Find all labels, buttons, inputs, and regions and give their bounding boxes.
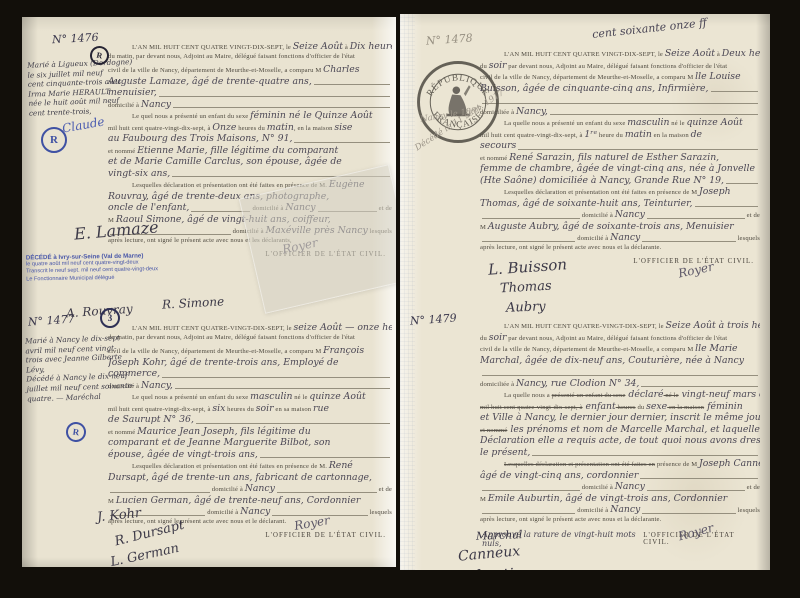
blank-underline [647,210,745,219]
act-text-line: et Ville à Nancy, le dernier jour dernie… [480,412,760,424]
text-segment: M [480,496,488,503]
text-segment: oncle de l'enfant, [108,202,189,213]
act-text-line: Lesquelles déclaration et présentation o… [480,458,760,470]
text-segment: Etienne Marie, fille légitime du compara… [137,145,338,156]
text-segment: mil huit cent quatre-vingt-dix-sept, à [480,404,583,411]
text-segment: et de Marie Camille Carclus, son épouse,… [108,156,342,167]
text-segment: René Sarazin, fils naturel de Esther Sar… [509,152,719,163]
text-segment: Nancy [615,209,645,220]
signature-simone: R. Simone [162,294,225,311]
text-segment: Lesquelles déclaration et présentation o… [504,461,655,468]
act-text-line: civil de la ville de Nancy, département … [108,64,392,76]
blank-underline [482,505,575,514]
act-number-1479: N° 1479 [410,311,457,327]
act-text-line: du soir par devant nous, Adjoint au Mair… [480,60,760,72]
text-segment: né le [670,120,687,127]
act-text-line: La quelle nous a présenté un enfant du s… [480,389,760,401]
text-segment: lle Louise [695,71,740,82]
act-text-line: domicilié à Nancylesquels [108,506,392,518]
act-text-line: et nommé René Sarazin, fils naturel de E… [480,152,760,164]
text-segment: Dursapt, âgé de trente-un ans, fabricant… [108,472,372,483]
blank-underline [726,175,758,184]
act-text-line: Joseph Kohr, âgé de trente-trois ans, Em… [108,357,392,369]
text-segment: domicilié à [577,235,610,242]
blank-underline [518,141,758,150]
text-segment: M [108,498,116,505]
text-segment: Le quel nous a présenté un enfant du sex… [132,113,250,120]
act-text-line: âgé de vingt-cinq ans, cordonnier [480,470,760,482]
graph-paper-edge [400,14,415,570]
text-segment: seize Août — onze heures [293,322,392,333]
act-text-line: secours [480,140,760,152]
act-text-line: civil de la ville de Nancy, département … [480,343,760,355]
text-segment: vingt-six ans, [108,168,170,179]
act-text-line: domicilié à Nancylesquels [480,232,760,244]
text-segment: Auguste Lamaze, âgé de trente-quatre ans… [108,76,312,87]
circled-r-blue-stamp-icon-2: R [65,421,88,444]
blank-underline [196,415,390,424]
svg-text:RÉPUBLIQUE: RÉPUBLIQUE [424,72,491,98]
act-text-line: et nommé les prénoms et nom de Marcelle … [480,424,760,436]
blank-underline [482,95,758,104]
text-segment: Charles [323,64,359,75]
act-text-line: mil huit cent quatre-vingt-dix-sept, à O… [108,122,392,134]
text-segment: les prénoms et nom de Marcelle Marchal, … [507,424,759,435]
blank-underline [642,233,735,242]
text-segment: Seize Août à trois heures [665,320,760,331]
text-segment: le présent, [480,447,530,458]
text-segment: 1ʳᵉ [584,129,597,140]
act-text-line: du matin, par devant nous, Adjoint au Ma… [108,334,392,346]
act-text-line: domiciliée à Nancy, [480,106,760,118]
act-text-line: (Hte Saône) domiciliée à Nancy, Grande R… [480,175,760,187]
text-segment: François [323,345,364,356]
blank-underline [314,76,390,85]
act-number-1476: N° 1476 [52,31,99,46]
signature-auburtin: Auburtin [456,564,524,570]
text-segment: du [480,335,489,342]
text-segment: domicilié à [207,509,240,516]
text-segment: civil de la ville de Nancy, département … [480,346,695,353]
text-segment: L'AN MIL HUIT CENT QUATRE VINGT-DIX-SEPT… [504,51,665,58]
text-segment: masculin [250,391,292,402]
act-text-line: domicilié à Nancyet de [480,209,760,221]
blank-underline [482,482,580,491]
text-segment: heures du [225,406,255,413]
act-text-line: mil huit cent quatre-vingt-dix-sept, à s… [108,403,392,415]
text-segment: présenté un enfant du sexe [552,392,626,399]
blank-underline [550,106,758,115]
act-text-line: après lecture, ont signé le présent acte… [480,244,760,256]
text-segment: La quelle nous a [504,392,552,399]
text-segment: rue [313,403,329,414]
act-text-line: Dursapt, âgé de trente-un ans, fabricant… [108,472,392,484]
text-segment: et de [747,212,760,219]
text-segment: Le quel nous a présenté un enfant du sex… [132,394,250,401]
blank-underline [260,449,390,458]
text-segment: lle Marie [695,343,737,354]
text-segment: féminin né le Quinze Août [250,110,372,121]
text-segment: par devant nous, Adjoint au Maire, délég… [507,335,728,342]
act-text-line: civil de la ville de Nancy, département … [480,71,760,83]
text-segment: lesquels [370,509,392,516]
blank-underline [640,470,758,479]
text-segment: matin [267,122,294,133]
text-segment: de [691,129,702,140]
blank-underline [294,134,390,143]
text-segment: domicilié à [582,212,615,219]
text-segment: matin [625,129,652,140]
text-segment: Nancy, [141,380,173,391]
blank-underline [641,378,758,387]
text-segment: sexe [646,401,667,412]
act-1478-lines: L'AN MIL HUIT CENT QUATRE VINGT-DIX-SEPT… [480,48,760,255]
blank-underline [159,88,390,97]
act-text-line: domicilié à Nancyet de [480,481,760,493]
text-segment: vingt-neuf mars dernier [679,389,760,400]
text-segment: La quelle nous a présenté un enfant du s… [504,120,627,127]
act-text-line: Déclaration elle a requis acte, de tout … [480,435,760,447]
act-text-line: mil huit cent quatre-vingt-dix-sept, à 1… [480,129,760,141]
signature-aubry: Aubry [506,299,546,315]
text-segment: Maurice Jean Joseph, fils légitime du [137,426,311,437]
text-segment: L'AN MIL HUIT CENT QUATRE VINGT-DIX-SEPT… [132,44,293,51]
text-segment: né le [664,392,679,399]
act-text-line: M Lucien German, âgé de trente-neuf ans,… [108,495,392,507]
text-segment: René [329,460,353,471]
act-text-line: Le quel nous a présenté un enfant du sex… [108,110,392,122]
register-left-page: N° 1476 R R Claude Marié à Ligueux (Dord… [22,17,396,567]
blank-underline [173,99,390,108]
act-text-line: comparant et de Jeanne Marguerite Bilbot… [108,437,392,449]
text-segment: et de [379,486,392,493]
text-segment: Buisson, âgée de cinquante-cinq ans, Inf… [480,83,709,94]
text-segment: domicilié à [582,484,615,491]
text-segment: Nancy [615,481,645,492]
text-segment: épouse, âgée de vingt-trois ans, [108,449,258,460]
text-segment: et nommé [108,148,137,155]
text-segment: en la maison [667,404,704,411]
blank-underline [110,484,210,493]
act-1479-lines: L'AN MIL HUIT CENT QUATRE-VINGT-DIX-SEPT… [480,320,760,527]
text-segment: sise [334,122,352,133]
text-segment: comparant et de Jeanne Marguerite Bilbot… [108,437,330,448]
text-segment: heure du [597,132,625,139]
act-text-line: L'AN MIL HUIT CENT QUATRE-VINGT-DIX-SEPT… [480,320,760,332]
text-segment: soir [256,403,274,414]
text-segment: domicilié à [212,486,245,493]
text-segment: et Ville à Nancy, le dernier jour dernie… [480,412,760,423]
act-1478-text: L'AN MIL HUIT CENT QUATRE VINGT-DIX-SEPT… [480,48,760,265]
text-segment: Nancy, [516,106,548,117]
act-text-line: du soir par devant nous, Adjoint au Mair… [480,332,760,344]
deceased-stamp-note: DÉCÉDÉ à Ivry-sur-Seine (Val de Marne)le… [26,252,196,284]
text-segment: Déclaration elle a requis acte, de tout … [480,435,760,446]
signature-marchal: Marchal [476,528,523,543]
text-segment: au Faubourg des Trois Maisons, N° 91, [108,133,292,144]
act-text-line: M Auguste Aubry, âgé de soixante-trois a… [480,221,760,233]
blank-underline [482,367,758,376]
text-segment: Nancy [610,504,640,515]
act-1479-text: L'AN MIL HUIT CENT QUATRE-VINGT-DIX-SEPT… [480,320,760,548]
act-text-line: femme de chambre, âgée de vingt-cinq ans… [480,163,760,175]
text-segment: civil de la ville de Nancy, département … [108,348,323,355]
act-text-line: domicilié à Nancy [108,99,392,111]
act-text-line: M Emile Auburtin, âgé de vingt-trois ans… [480,493,760,505]
act-text-line: et de Marie Camille Carclus, son épouse,… [108,156,392,168]
text-segment: Onze [212,122,236,133]
text-segment: en la maison [652,132,691,139]
text-segment: Nancy [610,232,640,243]
text-segment: présence de M [655,461,699,468]
text-segment: soir [489,332,507,343]
text-segment: Seize Août [293,41,343,52]
text-segment: L'AN MIL HUIT CENT QUATRE-VINGT-DIX-SEPT… [504,323,665,330]
text-segment: Lesquelles déclaration et présentation o… [504,189,699,196]
text-segment: Joseph Kohr, âgé de trente-trois ans, Em… [108,357,339,368]
text-segment: femme de chambre, âgée de vingt-cinq ans… [480,163,755,174]
text-segment: Deux heures [722,48,760,59]
blank-underline [482,233,575,242]
act-text-line: L'AN MIL HUIT CENT QUATRE-VINGT-DIX-SEPT… [108,322,392,334]
act-text-line [480,94,760,106]
blank-underline [175,380,390,389]
text-segment: enfant [583,401,616,412]
register-right-page: cent soixante onze ff N° 1478 RÉPUBLIQUE… [400,14,770,570]
text-segment: Joseph Canneux [699,458,760,469]
text-segment: Nancy [141,99,171,110]
marriage-death-margin-note: Marié à Nancy le dix-septavril mil neuf … [25,334,111,404]
blank-underline [695,198,759,207]
act-text-line: menuisier, [108,87,392,99]
text-segment: Lucien German, âgé de trente-neuf ans, C… [116,495,361,506]
margin-blue-annotation: Claude [61,114,105,135]
act-text-line: Auguste Lamaze, âgé de trente-quatre ans… [108,76,392,88]
text-segment: du matin, par devant nous, Adjoint au Ma… [108,334,355,341]
signature-canneux: Canneux [457,543,520,564]
act-text-line: domicilié à Nancy, [108,380,392,392]
text-segment: Nancy, rue Clodion N° 34, [516,378,639,389]
text-segment: Emile Auburtin, âgé de vingt-trois ans, … [488,493,727,504]
text-segment: Marchal, âgée de dix-neuf ans, Couturièr… [480,355,744,366]
text-segment: et nommé [480,155,509,162]
act-text-line: civil de la ville de Nancy, département … [108,345,392,357]
register-photograph: N° 1476 R R Claude Marié à Ligueux (Dord… [0,0,800,598]
act-text-line: L'AN MIL HUIT CENT QUATRE VINGT-DIX-SEPT… [108,41,392,53]
blank-underline [162,369,390,378]
text-segment: Seize Août [665,48,715,59]
text-segment: après lecture, ont signé le présent acte… [480,244,661,251]
text-segment: domiciliée à [480,381,516,388]
text-segment: domicilié à [577,507,610,514]
act-text-line: au Faubourg des Trois Maisons, N° 91, [108,133,392,145]
circled-numeral-stamp-icon: 3 [100,308,120,328]
act-text-line: Le quel nous a présenté un enfant du sex… [108,391,392,403]
act-text-line: mil huit cent quatre-vingt-dix-sept, à e… [480,401,760,413]
act-text-line: Buisson, âgée de cinquante-cinq ans, Inf… [480,83,760,95]
text-segment: masculin [627,117,669,128]
text-segment: six [212,403,225,414]
text-segment: et nommé [480,427,507,434]
signature-thomas: Thomas [500,279,552,297]
text-segment: Nancy [240,506,270,517]
text-segment: après lecture, ont signé le présent acte… [480,516,661,523]
officer-label: L'OFFICIER DE L'ÉTAT CIVIL. [265,532,386,539]
text-segment: du [636,404,647,411]
act-text-line: épouse, âgée de vingt-trois ans, [108,449,392,461]
text-segment: civil de la ville de Nancy, département … [108,67,323,74]
text-segment: Dix heures [350,41,392,52]
text-segment: de Saurupt N° 36, [108,414,194,425]
act-text-line: de Saurupt N° 36, [108,414,392,426]
text-segment: en sa maison [274,406,313,413]
act-1477-text: L'AN MIL HUIT CENT QUATRE-VINGT-DIX-SEPT… [108,322,392,539]
text-segment: civil de la ville de Nancy, département … [480,74,695,81]
text-segment: et nommé [108,429,137,436]
text-segment: âgé de vingt-cinq ans, cordonnier [480,470,638,481]
text-segment: Auguste Aubry, âgé de soixante-trois ans… [488,221,734,232]
act-text-line: après lecture, ont signé le présent acte… [480,516,760,528]
act-text-line: Marchal, âgée de dix-neuf ans, Couturièr… [480,355,760,367]
blank-underline [642,505,735,514]
act-text-line [480,366,760,378]
text-segment: et de [747,484,760,491]
act-text-line: commerce, [108,368,392,380]
act-text-line: et nommé Etienne Marie, fille légitime d… [108,145,392,157]
act-text-line: du matin, par devant nous, Adjoint au Ma… [108,53,392,65]
text-segment: L'AN MIL HUIT CENT QUATRE-VINGT-DIX-SEPT… [132,325,293,332]
blank-underline [532,447,758,456]
text-segment: Joseph [699,186,731,197]
act-text-line: Lesquelles déclaration et présentation o… [108,460,392,472]
blank-underline [711,83,759,92]
text-segment: Thomas, âgé de soixante-huit ans, Teintu… [480,198,693,209]
folio-handwritten-note: cent soixante onze ff [592,16,708,41]
text-segment: heures [616,404,636,411]
act-number-1478: N° 1478 [426,31,473,47]
text-segment: quinze Août [309,391,365,402]
marriage-margin-note: Marié à Ligueux (Dordogne)le six juillet… [27,57,131,118]
act-text-line: le présent, [480,447,760,459]
act-text-line: et nommé Maurice Jean Joseph, fils légit… [108,426,392,438]
act-text-line: domiciliée à Nancy, rue Clodion N° 34, [480,378,760,390]
text-segment: heures du [236,125,266,132]
text-segment: par devant nous, Adjoint au Maire, délég… [507,63,728,70]
blank-underline [277,484,377,493]
text-segment: à [715,51,722,58]
text-segment: mil huit cent quatre-vingt-dix-sept, à [108,125,212,132]
text-segment: M [480,224,488,231]
text-segment: Lesquelles déclaration et présentation o… [132,463,329,470]
act-text-line: domicilié à Nancyet de [108,483,392,495]
blank-underline [482,210,580,219]
act-1477-lines: L'AN MIL HUIT CENT QUATRE-VINGT-DIX-SEPT… [108,322,392,529]
act-text-line: domicilié à Nancylesquels [480,504,760,516]
act-text-line: L'AN MIL HUIT CENT QUATRE VINGT-DIX-SEPT… [480,48,760,60]
act-text-line: La quelle nous a présenté un enfant du s… [480,117,760,129]
text-segment: lesquels [738,507,760,514]
act-text-line: Lesquelles déclaration et présentation o… [480,186,760,198]
text-segment: (Hte Saône) domiciliée à Nancy, Grande R… [480,175,724,186]
text-segment: quinze Août [686,117,742,128]
blank-underline [647,482,745,491]
act-text-line: Thomas, âgé de soixante-huit ans, Teintu… [480,198,760,210]
text-segment: déclaré [625,389,663,400]
text-segment: né le [292,394,309,401]
text-segment: féminin [704,401,743,412]
text-segment: lesquels [738,235,760,242]
text-segment: mil huit cent quatre-vingt-dix-sept, à [108,406,212,413]
text-segment: à [343,44,350,51]
text-segment: du matin, par devant nous, Adjoint au Ma… [108,53,355,60]
text-segment: Nancy [245,483,275,494]
text-segment: , en la maison [294,125,335,132]
